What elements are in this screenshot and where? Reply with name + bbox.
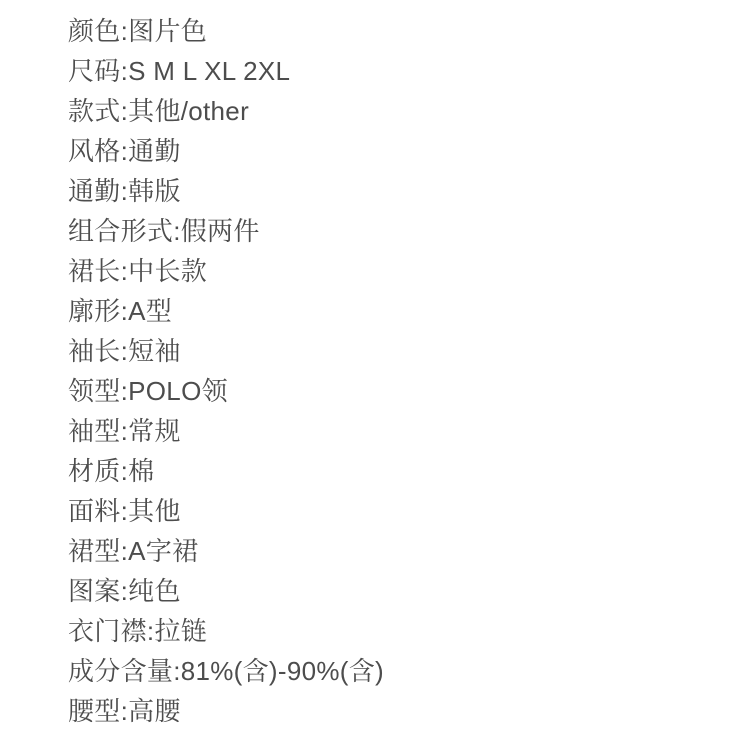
product-attributes-list: 颜色:图片色 尺码:S M L XL 2XL 款式:其他/other 风格:通勤… [0,0,750,731]
attribute-row: 通勤:韩版 [68,171,730,211]
attribute-row: 袖长:短袖 [68,331,730,371]
attribute-value: 其他/other [128,96,249,126]
attribute-value: 通勤 [128,136,181,166]
attribute-label: 通勤 [68,176,121,206]
attribute-separator: : [121,256,129,286]
attribute-row: 裙型:A字裙 [68,531,730,571]
attribute-label: 面料 [68,496,121,526]
attribute-row: 组合形式:假两件 [68,211,730,251]
attribute-label: 袖长 [68,336,121,366]
attribute-label: 腰型 [68,696,121,726]
attribute-row: 材质:棉 [68,451,730,491]
attribute-label: 风格 [68,136,121,166]
attribute-separator: : [173,656,181,686]
attribute-value: 81%(含)-90%(含) [181,656,384,686]
attribute-value: 常规 [128,416,181,446]
attribute-value: 韩版 [128,176,181,206]
attribute-row: 裙长:中长款 [68,251,730,291]
attribute-value: 其他 [128,496,181,526]
attribute-row: 颜色:图片色 [68,11,730,51]
attribute-separator: : [121,696,129,726]
attribute-row: 领型:POLO领 [68,371,730,411]
attribute-separator: : [121,376,129,406]
attribute-separator: : [121,416,129,446]
attribute-value: 拉链 [154,616,207,646]
attribute-separator: : [121,536,129,566]
attribute-row: 风格:通勤 [68,131,730,171]
attribute-row: 廓形:A型 [68,291,730,331]
attribute-row: 面料:其他 [68,491,730,531]
attribute-value: POLO领 [128,376,228,406]
attribute-value: 纯色 [128,576,181,606]
attribute-row: 尺码:S M L XL 2XL [68,51,730,91]
attribute-value: A字裙 [128,536,198,566]
attribute-label: 廓形 [68,296,121,326]
attribute-label: 材质 [68,456,121,486]
attribute-row: 袖型:常规 [68,411,730,451]
attribute-label: 图案 [68,576,121,606]
attribute-separator: : [121,336,129,366]
attribute-row: 衣门襟:拉链 [68,611,730,651]
attribute-label: 颜色 [68,16,121,46]
attribute-row: 款式:其他/other [68,91,730,131]
attribute-row: 腰型:高腰 [68,691,730,731]
attribute-label: 尺码 [68,56,121,86]
attribute-label: 裙型 [68,536,121,566]
attribute-label: 衣门襟 [68,616,147,646]
attribute-separator: : [121,176,129,206]
attribute-label: 组合形式 [68,216,173,246]
attribute-value: 假两件 [181,216,260,246]
attribute-label: 款式 [68,96,121,126]
attribute-value: 短袖 [128,336,181,366]
attribute-row: 图案:纯色 [68,571,730,611]
attribute-separator: : [173,216,181,246]
attribute-label: 领型 [68,376,121,406]
attribute-separator: : [121,136,129,166]
attribute-separator: : [121,16,129,46]
attribute-value: 中长款 [128,256,207,286]
attribute-value: A型 [128,296,172,326]
attribute-value: S M L XL 2XL [128,56,290,86]
attribute-row: 成分含量:81%(含)-90%(含) [68,651,730,691]
attribute-separator: : [121,576,129,606]
attribute-label: 袖型 [68,416,121,446]
attribute-label: 裙长 [68,256,121,286]
attribute-separator: : [121,496,129,526]
attribute-separator: : [121,296,129,326]
attribute-label: 成分含量 [68,656,173,686]
attribute-separator: : [121,56,129,86]
attribute-separator: : [121,456,129,486]
attribute-separator: : [121,96,129,126]
attribute-value: 高腰 [128,696,181,726]
attribute-value: 棉 [128,456,154,486]
attribute-value: 图片色 [128,16,207,46]
